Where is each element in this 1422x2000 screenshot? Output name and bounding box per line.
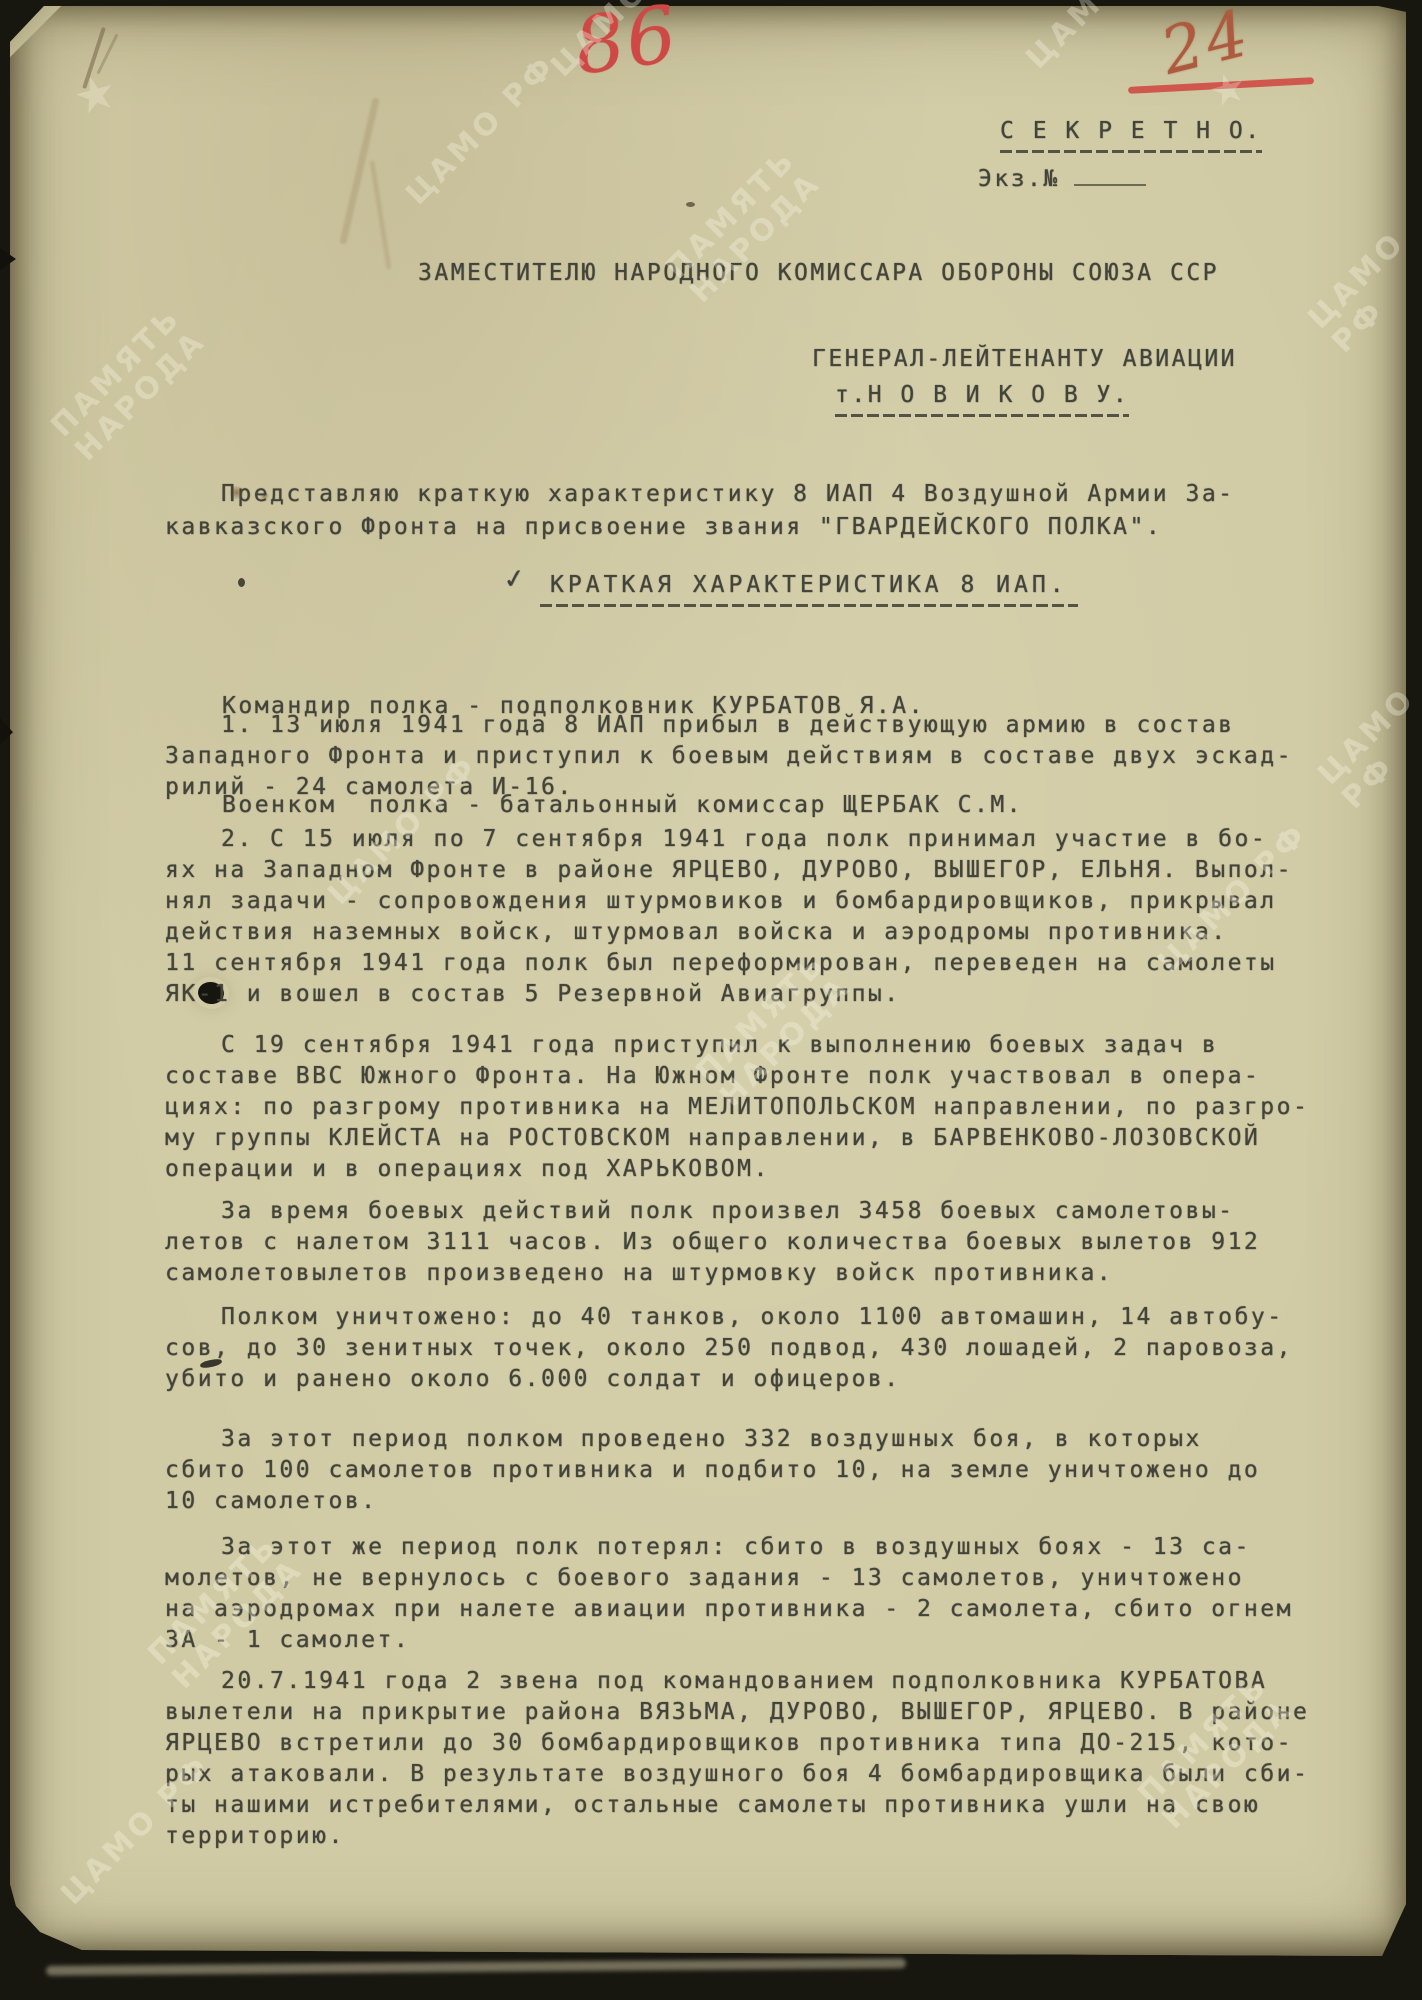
body-line: рилий - 24 самолета И-16. (165, 772, 1415, 803)
body-line: 10 самолетов. (165, 1486, 1415, 1517)
paragraph: За этот период полком проведено 332 возд… (165, 1424, 1415, 1517)
paragraph: С 19 сентября 1941 года приступил к выпо… (165, 1030, 1415, 1185)
paragraph: 1. 13 июля 1941 года 8 ИАП прибыл в дейс… (165, 710, 1415, 803)
paper-speck (238, 578, 245, 587)
crossed-out-number: 24 (1160, 18, 1254, 70)
section-heading: КРАТКАЯ ХАРАКТЕРИСТИКА 8 ИАП. (540, 570, 1078, 607)
body-line: территорию. (165, 1821, 1415, 1852)
copy-number-label: Экз.№ (978, 166, 1060, 192)
addressee-line: ГЕНЕРАЛ-ЛЕЙТЕНАНТУ АВИАЦИИ (812, 344, 1237, 375)
body-line: Представляю краткую характеристику 8 ИАП… (165, 478, 1415, 511)
body-line: сов, до 30 зенитных точек, около 250 под… (165, 1333, 1415, 1364)
body-line: операции и в операциях под ХАРЬКОВОМ. (165, 1154, 1415, 1185)
paragraph: 2. С 15 июля по 7 сентября 1941 года пол… (165, 824, 1415, 1010)
body-line: 1. 13 июля 1941 года 8 ИАП прибыл в дейс… (165, 710, 1415, 741)
body-line: на аэродромах при налете авиации противн… (165, 1594, 1415, 1625)
body-line: Полком уничтожено: до 40 танков, около 1… (165, 1302, 1415, 1333)
body-line: 20.7.1941 года 2 звена под командованием… (165, 1666, 1415, 1697)
paragraph: Полком уничтожено: до 40 танков, около 1… (165, 1302, 1415, 1395)
handwritten-page-number: 86 (573, 19, 680, 64)
body-line: За этот период полком проведено 332 возд… (165, 1424, 1415, 1455)
paper-curl (46, 1958, 906, 1976)
body-line: составе ВВС Южного Фронта. На Южном Фрон… (165, 1061, 1415, 1092)
body-line: ях на Западном Фронте в районе ЯРЦЕВО, Д… (165, 855, 1415, 886)
body-line: молетов, не вернулось с боевого задания … (165, 1563, 1415, 1594)
paragraph: Представляю краткую характеристику 8 ИАП… (165, 478, 1415, 544)
secrecy-stamp: С Е К Р Е Т Н О. (1000, 116, 1262, 153)
document-content: 86 24 С Е К Р Е Т Н О. Экз.№ ЗАМЕСТИТЕЛЮ… (0, 0, 1422, 2000)
body-line: самолетовылетов произведено на штурмовку… (165, 1258, 1415, 1289)
body-line: нял задачи - сопровождения штурмовиков и… (165, 886, 1415, 917)
body-line: С 19 сентября 1941 года приступил к выпо… (165, 1030, 1415, 1061)
check-mark-icon: ✓ (503, 562, 525, 595)
body-line: летов с налетом 3111 часов. Из общего ко… (165, 1227, 1415, 1258)
body-line: Западного Фронта и приступил к боевым де… (165, 741, 1415, 772)
body-line: 2. С 15 июля по 7 сентября 1941 года пол… (165, 824, 1415, 855)
pencil-mark (82, 27, 106, 89)
scanned-document: 86 24 С Е К Р Е Т Н О. Экз.№ ЗАМЕСТИТЕЛЮ… (0, 0, 1422, 2000)
addressee-name: т.Н О В И К О В У. (835, 380, 1129, 417)
edge-tear (0, 248, 16, 270)
paragraph: 20.7.1941 года 2 звена под командованием… (165, 1666, 1415, 1852)
body-line: циях: по разгрому противника на МЕЛИТОПО… (165, 1092, 1415, 1123)
body-line: убито и ранено около 6.000 солдат и офиц… (165, 1364, 1415, 1395)
edge-tear (0, 718, 13, 744)
red-strike-line (1128, 77, 1314, 94)
paragraph: За время боевых действий полк произвел 3… (165, 1196, 1415, 1289)
body-line: рых атаковали. В результате воздушного б… (165, 1759, 1415, 1790)
paragraph: За этот же период полк потерял: сбито в … (165, 1532, 1415, 1656)
paper-speck (686, 202, 695, 207)
copy-number-line: Экз.№ (978, 164, 1146, 195)
body-line: ЯК-1 и вошел в состав 5 Резервной Авиагр… (165, 979, 1415, 1010)
body-line: сбито 100 самолетов противника и подбито… (165, 1455, 1415, 1486)
body-line: му группы КЛЕЙСТА на РОСТОВСКОМ направле… (165, 1123, 1415, 1154)
body-line: За время боевых действий полк произвел 3… (165, 1196, 1415, 1227)
body-line: 11 сентября 1941 года полк был переформи… (165, 948, 1415, 979)
body-line: За этот же период полк потерял: сбито в … (165, 1532, 1415, 1563)
body-line: ЯРЦЕВО встретили до 30 бомбардировщиков … (165, 1728, 1415, 1759)
smudge-mark (369, 160, 391, 269)
body-line: ЗА - 1 самолет. (165, 1625, 1415, 1656)
body-line: действия наземных войск, штурмовал войск… (165, 917, 1415, 948)
copy-number-blank (1074, 164, 1146, 186)
body-line: вылетели на прикрытие района ВЯЗЬМА, ДУР… (165, 1697, 1415, 1728)
addressee-line: ЗАМЕСТИТЕЛЮ НАРОДНОГО КОМИССАРА ОБОРОНЫ … (418, 258, 1219, 289)
body-line: ты нашими истребителями, остальные самол… (165, 1790, 1415, 1821)
body-line: кавказского Фронта на присвоение звания … (165, 511, 1415, 544)
